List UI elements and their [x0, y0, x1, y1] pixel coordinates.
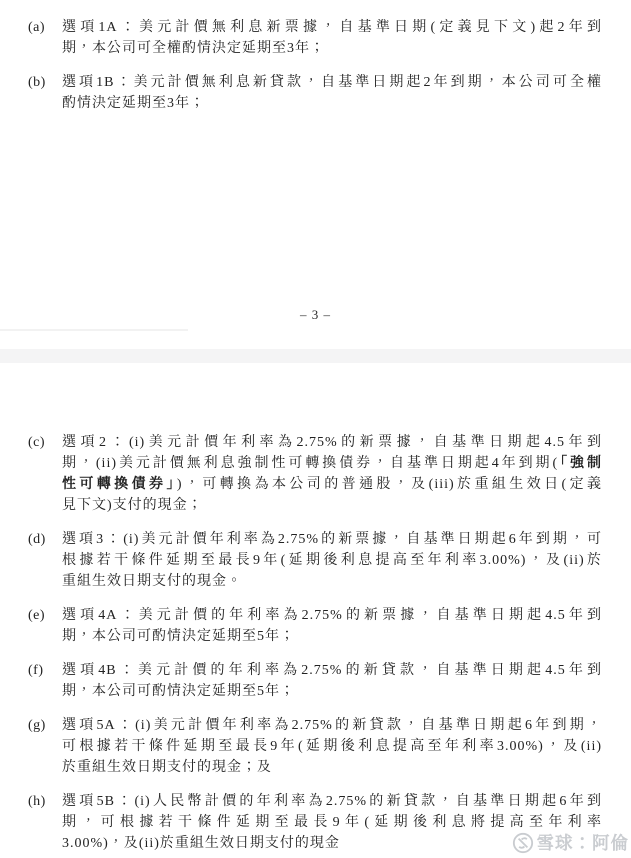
text-run: 見下文)支付的現金； — [62, 498, 203, 513]
clause-item: (g)選項5A：(i)美元計價年利率為2.75%的新貸款，自基準日期起6年到期，… — [28, 715, 602, 778]
text-run: 3.00%)，及(ii)於重組生效日期支付的現金 — [62, 836, 340, 851]
text-run: 根據若干條件延期至最長9年(延期後利息提高至年利率3.00%)，及(ii)於 — [62, 553, 602, 568]
clause-marker: (f) — [28, 660, 62, 702]
text-run: 選項1A：美元計價無利息新票據，自基準日期(定義見下文)起2年到 — [62, 20, 602, 35]
xueqiu-logo-icon — [512, 832, 534, 854]
document-page-top: (a)選項1A：美元計價無利息新票據，自基準日期(定義見下文)起2年到期，本公司… — [0, 0, 631, 349]
clause-text-line: 於重組生效日期支付的現金；及 — [62, 757, 602, 778]
clause-text-line: 期，本公司可全權酌情決定延期至3年； — [62, 38, 602, 59]
text-run: 重組生效日期支付的現金。 — [62, 574, 242, 589]
clause-marker: (a) — [28, 17, 62, 59]
clause-text-line: 性可轉換債券」)，可轉換為本公司的普通股，及(iii)於重組生效日(定義 — [62, 474, 602, 495]
clause-text-line: 期，本公司可酌情決定延期至5年； — [62, 681, 602, 702]
clause-text-line: 期，本公司可酌情決定延期至5年； — [62, 626, 602, 647]
text-run: 選項5A：(i)美元計價年利率為2.75%的新貸款，自基準日期起6年到期， — [62, 718, 602, 733]
text-run: 選項3：(i)美元計價年利率為2.75%的新票據，自基準日期起6年到期，可 — [62, 532, 602, 547]
clause-text: 選項1B：美元計價無利息新貸款，自基準日期起2年到期，本公司可全權酌情決定延期至… — [62, 72, 602, 114]
clause-text-line: 根據若干條件延期至最長9年(延期後利息提高至年利率3.00%)，及(ii)於 — [62, 550, 602, 571]
clause-text: 選項1A：美元計價無利息新票據，自基準日期(定義見下文)起2年到期，本公司可全權… — [62, 17, 602, 59]
text-run: 選項1B：美元計價無利息新貸款，自基準日期起2年到期，本公司可全權 — [62, 75, 602, 90]
clause-text-line: 期，(ii)美元計價無利息強制性可轉換債券，自基準日期起4年到期(「強制 — [62, 453, 602, 474]
clause-list-top: (a)選項1A：美元計價無利息新票據，自基準日期(定義見下文)起2年到期，本公司… — [0, 0, 631, 114]
text-run: 選項4B：美元計價的年利率為2.75%的新貸款，自基準日期起4.5年到 — [62, 663, 602, 678]
clause-marker: (d) — [28, 529, 62, 592]
clause-list-bottom: (c)選項2：(i)美元計價年利率為2.75%的新票據，自基準日期起4.5年到期… — [0, 363, 631, 854]
clause-marker: (c) — [28, 432, 62, 516]
text-run: 於重組生效日期支付的現金；及 — [62, 760, 272, 775]
clause-text: 選項2：(i)美元計價年利率為2.75%的新票據，自基準日期起4.5年到期，(i… — [62, 432, 602, 516]
text-run: )，可轉換為本公司的普通股，及(iii)於重組生效日(定義 — [177, 477, 602, 492]
clause-text-line: 選項3：(i)美元計價年利率為2.75%的新票據，自基準日期起6年到期，可 — [62, 529, 602, 550]
clause-item: (c)選項2：(i)美元計價年利率為2.75%的新票據，自基準日期起4.5年到期… — [28, 432, 602, 516]
clause-text-line: 選項1A：美元計價無利息新票據，自基準日期(定義見下文)起2年到 — [62, 17, 602, 38]
text-run: 期，本公司可全權酌情決定延期至3年； — [62, 41, 325, 56]
page-edge-artifact — [0, 329, 188, 331]
text-run: 選項5B：(i)人民幣計價的年利率為2.75%的新貸款，自基準日期起6年到 — [62, 794, 602, 809]
text-run: 期，(ii)美元計價無利息強制性可轉換債券，自基準日期起4年到期( — [62, 456, 558, 471]
clause-text-line: 選項4B：美元計價的年利率為2.75%的新貸款，自基準日期起4.5年到 — [62, 660, 602, 681]
clause-text-line: 選項2：(i)美元計價年利率為2.75%的新票據，自基準日期起4.5年到 — [62, 432, 602, 453]
clause-text: 選項4A：美元計價的年利率為2.75%的新票據，自基準日期起4.5年到期，本公司… — [62, 605, 602, 647]
clause-marker: (g) — [28, 715, 62, 778]
clause-text: 選項5A：(i)美元計價年利率為2.75%的新貸款，自基準日期起6年到期，可根據… — [62, 715, 602, 778]
clause-text-line: 選項5A：(i)美元計價年利率為2.75%的新貸款，自基準日期起6年到期， — [62, 715, 602, 736]
document-viewer: { "document": { "pages": [ { "name": "pa… — [0, 0, 631, 858]
clause-marker: (b) — [28, 72, 62, 114]
text-run: 酌情決定延期至3年； — [62, 96, 205, 111]
clause-item: (d)選項3：(i)美元計價年利率為2.75%的新票據，自基準日期起6年到期，可… — [28, 529, 602, 592]
xueqiu-watermark: 雪球：阿倫 — [512, 830, 630, 855]
document-page-bottom: (c)選項2：(i)美元計價年利率為2.75%的新票據，自基準日期起4.5年到期… — [0, 363, 631, 858]
clause-item: (f)選項4B：美元計價的年利率為2.75%的新貸款，自基準日期起4.5年到期，… — [28, 660, 602, 702]
clause-text-line: 選項4A：美元計價的年利率為2.75%的新票據，自基準日期起4.5年到 — [62, 605, 602, 626]
clause-item: (e)選項4A：美元計價的年利率為2.75%的新票據，自基準日期起4.5年到期，… — [28, 605, 602, 647]
page-divider — [0, 349, 631, 363]
clause-text-line: 可根據若干條件延期至最長9年(延期後利息提高至年利率3.00%)，及(ii) — [62, 736, 602, 757]
text-run: 期，可根據若干條件延期至最長9年(延期後利息將提高至年利率 — [62, 815, 602, 830]
clause-text-line: 選項5B：(i)人民幣計價的年利率為2.75%的新貸款，自基準日期起6年到 — [62, 791, 602, 812]
text-run: 期，本公司可酌情決定延期至5年； — [62, 629, 295, 644]
text-run: 可根據若干條件延期至最長9年(延期後利息提高至年利率3.00%)，及(ii) — [62, 739, 602, 754]
text-run: 期，本公司可酌情決定延期至5年； — [62, 684, 295, 699]
bold-text-run: 性可轉換債券」 — [62, 477, 177, 492]
bold-text-run: 「強制 — [558, 456, 602, 471]
clause-text: 選項4B：美元計價的年利率為2.75%的新貸款，自基準日期起4.5年到期，本公司… — [62, 660, 602, 702]
clause-text: 選項3：(i)美元計價年利率為2.75%的新票據，自基準日期起6年到期，可根據若… — [62, 529, 602, 592]
clause-marker: (h) — [28, 791, 62, 854]
text-run: 選項2：(i)美元計價年利率為2.75%的新票據，自基準日期起4.5年到 — [62, 435, 602, 450]
clause-marker: (e) — [28, 605, 62, 647]
watermark-label: 雪球：阿倫 — [537, 830, 630, 855]
clause-text-line: 重組生效日期支付的現金。 — [62, 571, 602, 592]
clause-text-line: 選項1B：美元計價無利息新貸款，自基準日期起2年到期，本公司可全權 — [62, 72, 602, 93]
clause-item: (b)選項1B：美元計價無利息新貸款，自基準日期起2年到期，本公司可全權酌情決定… — [28, 72, 602, 114]
page-number: – 3 – — [0, 307, 631, 323]
clause-item: (a)選項1A：美元計價無利息新票據，自基準日期(定義見下文)起2年到期，本公司… — [28, 17, 602, 59]
text-run: 選項4A：美元計價的年利率為2.75%的新票據，自基準日期起4.5年到 — [62, 608, 602, 623]
clause-text-line: 酌情決定延期至3年； — [62, 93, 602, 114]
clause-text-line: 見下文)支付的現金； — [62, 495, 602, 516]
